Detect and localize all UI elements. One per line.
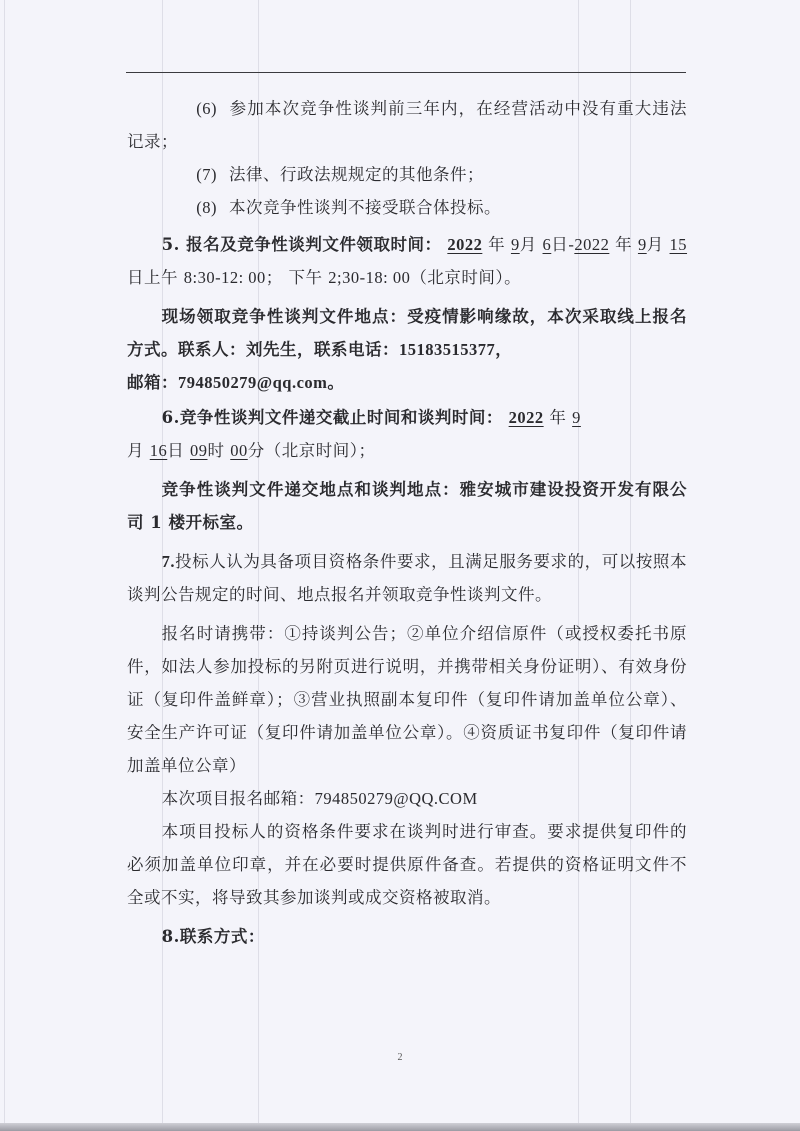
- item-text: 本次竞争性谈判不接受联合体投标。: [229, 198, 501, 217]
- item-number: (7): [162, 158, 217, 191]
- required-documents-text: 报名时请携带：①持谈判公告；②单位介绍信原件（或授权委托书原件，如法人参加投标的…: [127, 624, 687, 775]
- required-documents: 报名时请携带：①持谈判公告；②单位介绍信原件（或授权委托书原件，如法人参加投标的…: [127, 617, 687, 782]
- morning-label: 上午: [144, 268, 178, 287]
- unit-year: 年: [488, 235, 505, 254]
- separator: ；: [266, 268, 283, 287]
- section-5-time: 5. 报名及竞争性谈判文件领取时间： 2022 年 9月 6日-2022 年 9…: [127, 228, 687, 294]
- unit-year: 年: [549, 408, 566, 427]
- submission-location: 竞争性谈判文件递交地点和谈判地点：雅安城市建设投资开发有限公司 1 楼开标室。: [127, 473, 687, 539]
- unit-day: 日: [127, 268, 144, 287]
- pickup-location: 现场领取竞争性谈判文件地点：受疫情影响缘故，本次采取线上报名方式。联系人：刘先生…: [127, 300, 687, 399]
- qualification-review-text: 本项目投标人的资格条件要求在谈判时进行审查。要求提供复印件的必须加盖单位印章，并…: [127, 822, 687, 907]
- registration-email-link[interactable]: 794850279@QQ.COM: [315, 789, 478, 808]
- morning-time: 8:30-12: 00: [184, 268, 266, 287]
- unit-month: 月: [520, 235, 537, 254]
- period: 。: [327, 373, 344, 392]
- pickup-label: 现场领取竞争性谈判文件地点：: [162, 307, 407, 326]
- list-item: (6)参加本次竞争性谈判前三年内，在经营活动中没有重大违法记录；: [127, 92, 687, 158]
- deadline-day: 16: [150, 441, 168, 460]
- list-item: (8)本次竞争性谈判不接受联合体投标。: [127, 191, 687, 224]
- timezone-note: （北京时间）；: [265, 441, 376, 460]
- registration-email: 本次项目报名邮箱：794850279@QQ.COM: [127, 782, 687, 815]
- start-month: 9: [511, 235, 520, 254]
- start-day: 6: [543, 235, 552, 254]
- section-7-eligibility: 7.投标人认为具备项目资格条件要求，且满足服务要求的，可以按照本谈判公告规定的时…: [127, 545, 687, 611]
- location-label: 竞争性谈判文件递交地点和谈判地点：: [162, 480, 460, 499]
- scan-artifact: [4, 0, 5, 1123]
- list-item: (7)法律、行政法规规定的其他条件；: [127, 158, 687, 191]
- unit-hour: 时: [208, 441, 225, 460]
- end-day: 15: [670, 235, 688, 254]
- email-link[interactable]: 794850279@qq.com: [178, 373, 327, 392]
- item-text: 法律、行政法规规定的其他条件；: [229, 165, 484, 184]
- timezone-note: （北京时间）。: [410, 268, 521, 287]
- unit-day: 日: [167, 441, 184, 460]
- deadline-year: 2022: [509, 408, 544, 427]
- end-year: 2022: [574, 235, 609, 254]
- registration-email-label: 本次项目报名邮箱：: [162, 789, 315, 808]
- qualification-review: 本项目投标人的资格条件要求在谈判时进行审查。要求提供复印件的必须加盖单位印章，并…: [127, 815, 687, 914]
- deadline-minute: 00: [230, 441, 248, 460]
- unit-month: 月: [647, 235, 664, 254]
- section-7-number: 7.: [162, 552, 175, 571]
- deadline-month: 9: [572, 408, 581, 427]
- afternoon-time: 2;30-18: 00: [328, 268, 410, 287]
- item-number: (6): [162, 92, 217, 125]
- item-number: (8): [162, 191, 217, 224]
- start-year: 2022: [447, 235, 482, 254]
- page-number: 2: [0, 1052, 800, 1063]
- section-8-contact: 8.联系方式：: [127, 920, 687, 953]
- email-label: 邮箱：: [127, 373, 178, 392]
- section-6-heading: 6.竞争性谈判文件递交截止时间和谈判时间：: [162, 408, 503, 427]
- unit-day: 日: [551, 235, 568, 254]
- phone-number: 15183515377: [399, 340, 495, 359]
- section-7-text: 投标人认为具备项目资格条件要求，且满足服务要求的，可以按照本谈判公告规定的时间、…: [127, 552, 687, 604]
- comma: ，: [495, 340, 512, 359]
- scan-bottom-edge: [0, 1123, 800, 1131]
- end-month: 9: [638, 235, 647, 254]
- section-8-heading: 8.联系方式：: [162, 927, 265, 946]
- unit-month: 月: [127, 441, 144, 460]
- afternoon-label: 下午: [289, 268, 323, 287]
- unit-minute: 分: [248, 441, 265, 460]
- unit-year: 年: [615, 235, 632, 254]
- section-5-heading: 5. 报名及竞争性谈判文件领取时间：: [162, 235, 442, 254]
- header-rule: [126, 72, 686, 73]
- section-6-deadline: 6.竞争性谈判文件递交截止时间和谈判时间： 2022 年 9月 16日 09时 …: [127, 401, 687, 467]
- deadline-hour: 09: [190, 441, 208, 460]
- document-body: (6)参加本次竞争性谈判前三年内，在经营活动中没有重大违法记录； (7)法律、行…: [127, 92, 687, 953]
